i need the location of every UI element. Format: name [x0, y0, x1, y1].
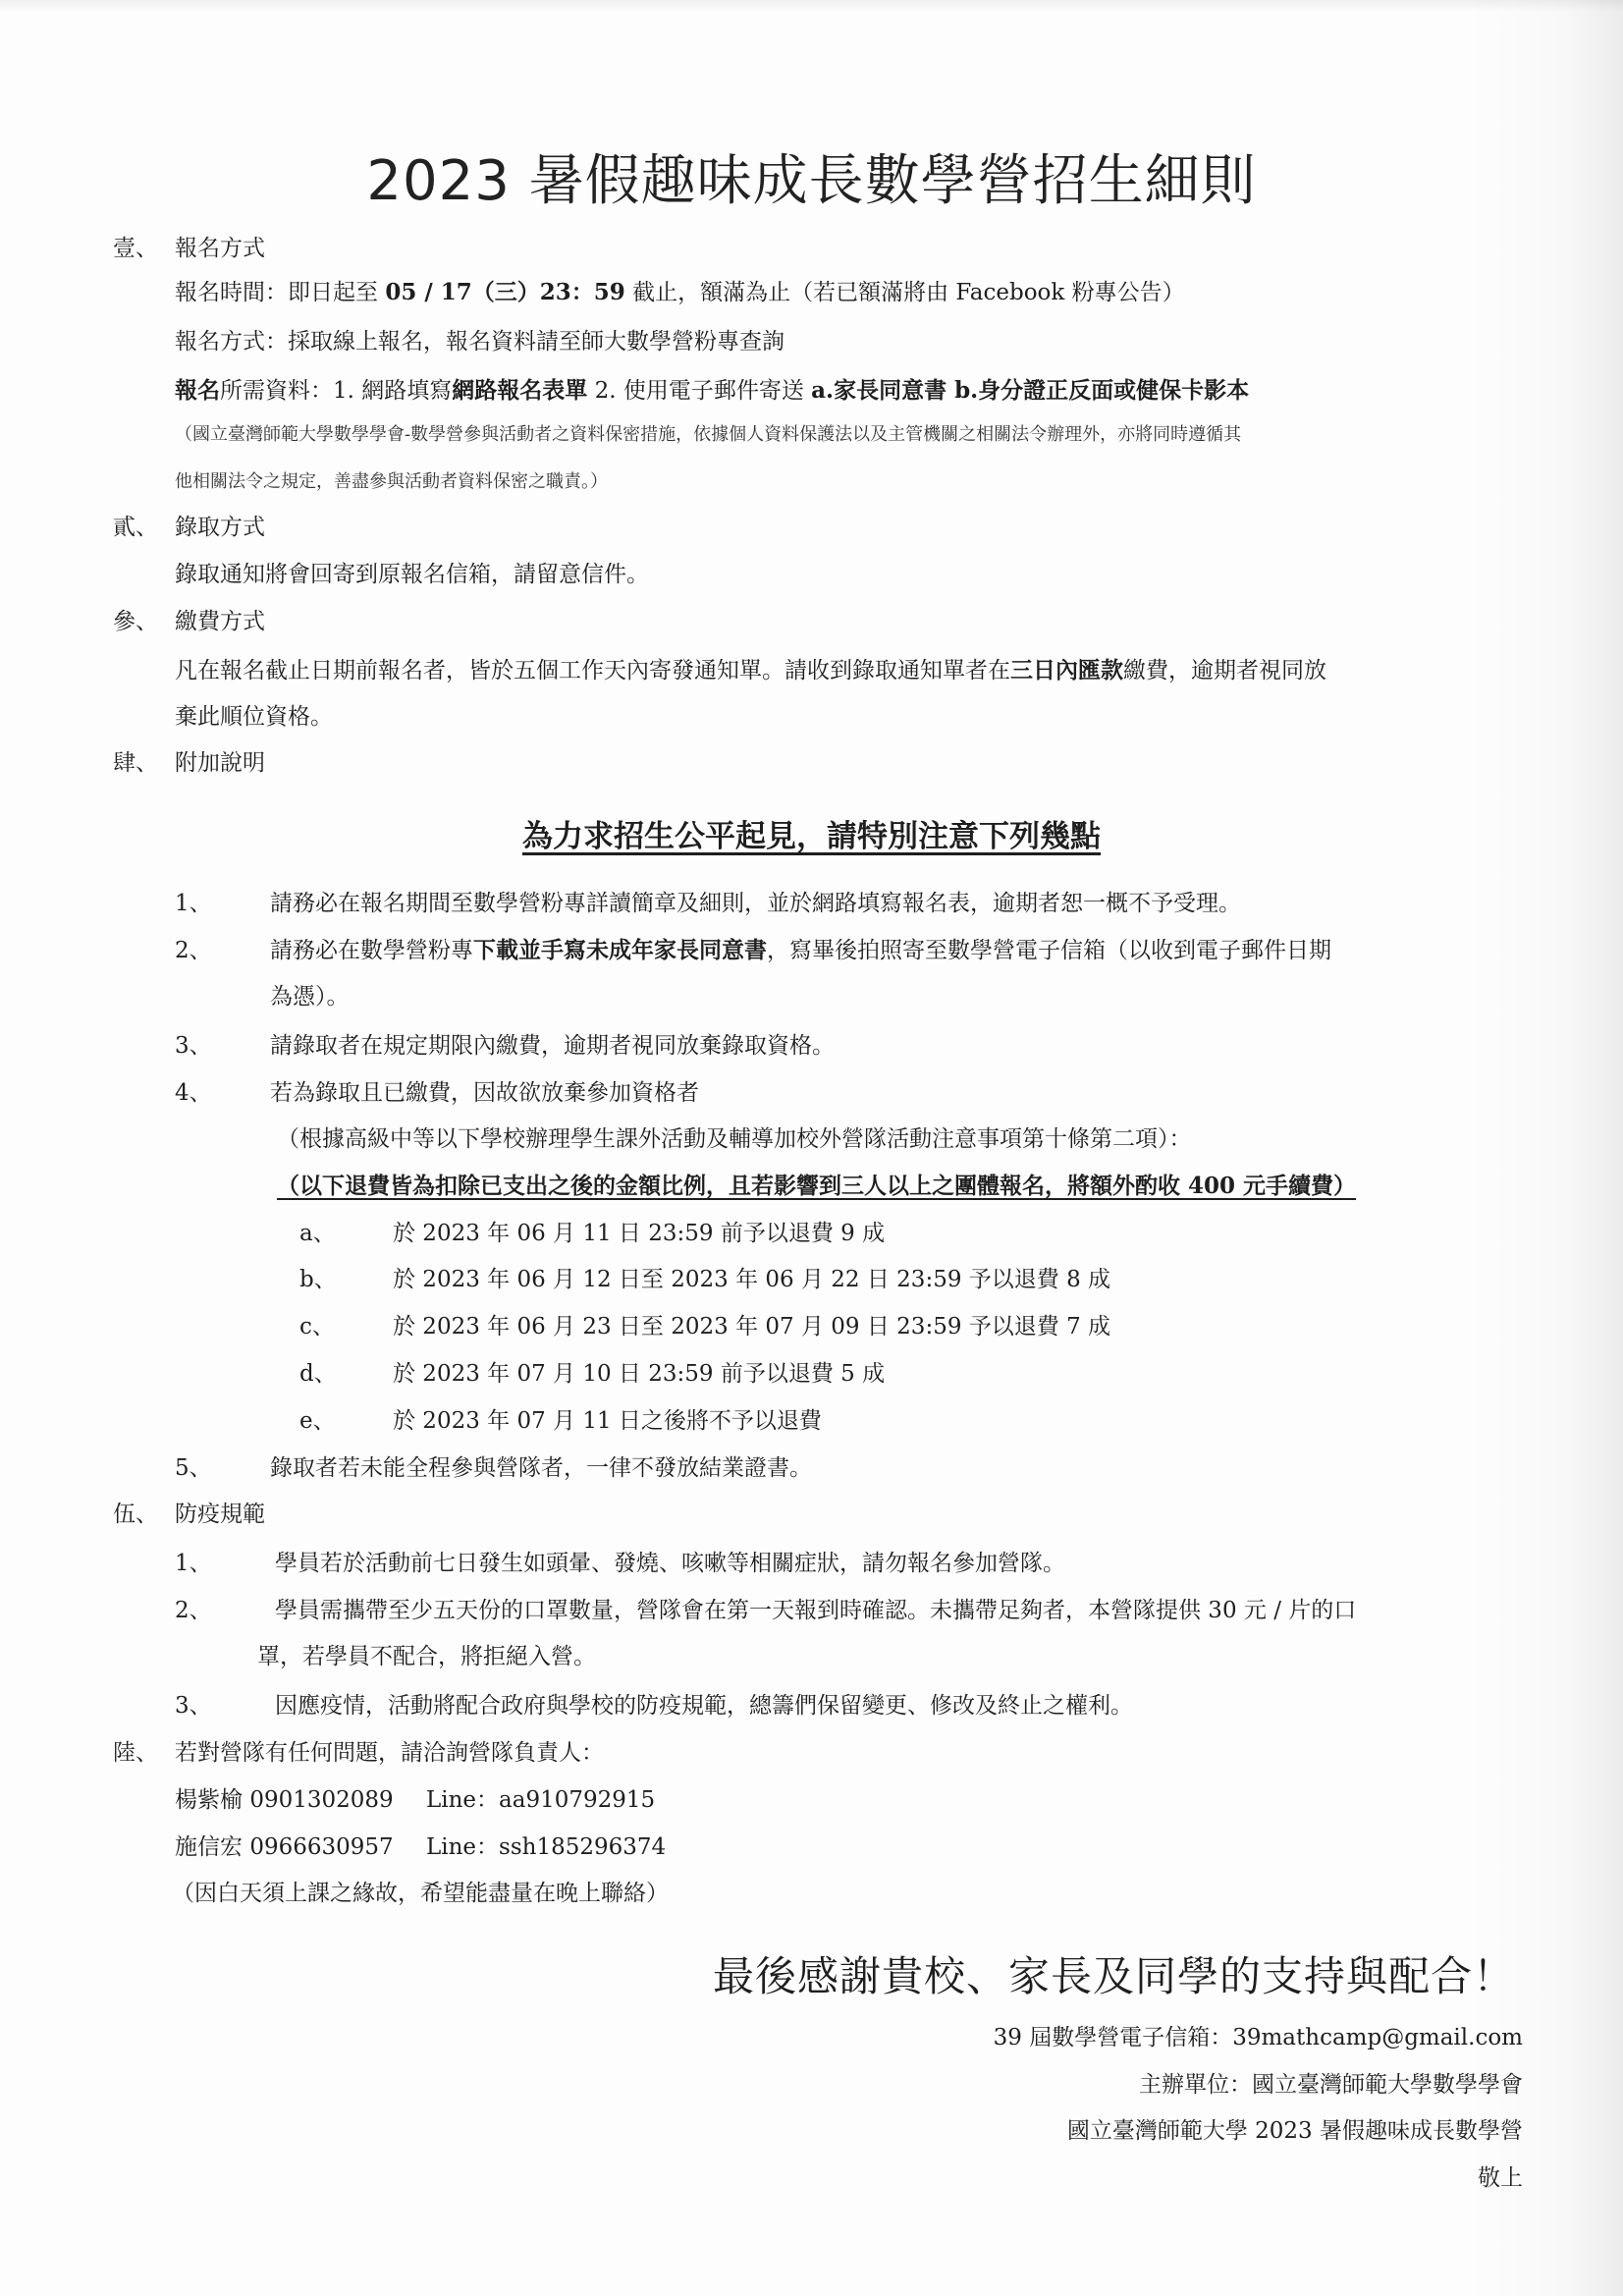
note-4-number: 4、: [175, 1078, 212, 1108]
section-4-number: 肆、: [113, 748, 158, 778]
section-5-heading: 防疫規範: [175, 1500, 265, 1529]
note-2-text-2: ，寫畢後拍照寄至數學營電子信箱（以收到電子郵件日期: [767, 938, 1331, 963]
contact-2: 施信宏 0966630957 Line：ssh185296374: [175, 1832, 666, 1862]
payment-text-2: 繳費，逾期者視同放: [1123, 658, 1326, 683]
section-3-number: 參、: [113, 607, 158, 636]
contact-1-line-id: Line：aa910792915: [426, 1787, 655, 1813]
section-2-heading: 錄取方式: [175, 513, 265, 542]
payment-text-1: 凡在報名截止日期前報名者，皆於五個工作天內寄發通知單。請收到錄取通知單者在: [175, 658, 1010, 683]
prevention-2-number: 2、: [175, 1596, 212, 1625]
regards: 敬上: [1478, 2163, 1523, 2193]
section-3-heading: 繳費方式: [175, 607, 265, 636]
prevention-3-number: 3、: [175, 1691, 212, 1721]
note-1-number: 1、: [175, 889, 212, 918]
payment-line-2: 棄此順位資格。: [175, 702, 333, 732]
refund-e-text: 於 2023 年 07 月 11 日之後將不予以退費: [393, 1406, 822, 1436]
contact-1-phone: 0901302089: [249, 1787, 393, 1813]
req-bold-3: a.家長同意書 b.身分證正反面或健保卡影本: [811, 377, 1249, 404]
prevention-1-text: 學員若於活動前七日發生如頭暈、發燒、咳嗽等相關症狀，請勿報名參加營隊。: [275, 1549, 1065, 1578]
note-5-text: 錄取者若未能全程參與營隊者，一律不發放結業證書。: [270, 1453, 812, 1483]
privacy-note-line-2: 他相關法令之規定，善盡參與活動者資料保密之職責。）: [175, 469, 608, 495]
registration-deadline: 05 / 17（三）23：59: [385, 279, 624, 305]
refund-b-label: b、: [299, 1265, 337, 1294]
admission-notice: 錄取通知將會回寄到原報名信箱，請留意信件。: [175, 560, 649, 589]
registration-time-prefix: 報名時間：即日起至: [175, 280, 385, 305]
note-1-text: 請務必在報名期間至數學營粉專詳讀簡章及細則，並於網路填寫報名表，逾期者恕一概不予…: [270, 889, 1241, 918]
prevention-2-text: 學員需攜帶至少五天份的口罩數量，營隊會在第一天報到時確認。未攜帶足夠者，本營隊提…: [275, 1596, 1356, 1625]
section-5-number: 伍、: [113, 1500, 158, 1529]
refund-d-text: 於 2023 年 07 月 10 日 23:59 前予以退費 5 成: [393, 1359, 885, 1389]
registration-requirements: 報名所需資料：1. 網路填寫網路報名表單 2. 使用電子郵件寄送 a.家長同意書…: [175, 376, 1249, 406]
camp-email: 39 屆數學營電子信箱：39mathcamp@gmail.com: [994, 2023, 1523, 2052]
fairness-notice-heading: 為力求招生公平起見，請特別注意下列幾點: [0, 811, 1623, 855]
contact-note: （因白天須上課之緣故，希望能盡量在晚上聯絡）: [172, 1879, 669, 1908]
prevention-2-continued: 罩，若學員不配合，將拒絕入營。: [257, 1642, 596, 1671]
contact-1-name: 楊紫榆: [175, 1787, 243, 1813]
thanks-message: 最後感謝貴校、家長及同學的支持與配合！: [713, 1944, 1515, 2003]
note-4-text: 若為錄取且已繳費，因故欲放棄參加資格者: [270, 1078, 699, 1108]
refund-basis: （根據高級中等以下學校辦理學生課外活動及輔導加校外營隊活動注意事項第十條第二項）…: [277, 1124, 1192, 1154]
refund-e-label: e、: [299, 1406, 336, 1436]
req-text-2: 2. 使用電子郵件寄送: [587, 378, 811, 404]
refund-c-label: c、: [299, 1312, 335, 1341]
refund-a-text: 於 2023 年 06 月 11 日 23:59 前予以退費 9 成: [393, 1219, 885, 1248]
payment-deadline-bold: 三日內匯款: [1010, 657, 1123, 683]
req-bold-1: 報名: [175, 377, 220, 404]
note-2-number: 2、: [175, 936, 212, 965]
section-1-number: 壹、: [113, 234, 158, 263]
refund-b-text: 於 2023 年 06 月 12 日至 2023 年 06 月 22 日 23:…: [393, 1265, 1110, 1294]
contact-2-line-id: Line：ssh185296374: [426, 1834, 666, 1860]
registration-time: 報名時間：即日起至 05 / 17（三）23：59 截止，額滿為止（若已額滿將由…: [175, 278, 1185, 307]
prevention-3-text: 因應疫情，活動將配合政府與學校的防疫規範，總籌們保留變更、修改及終止之權利。: [275, 1691, 1133, 1721]
registration-time-suffix: 截止，額滿為止（若已額滿將由 Facebook 粉專公告）: [625, 280, 1185, 305]
privacy-note-line-1: （國立臺灣師範大學數學學會-數學營參與活動者之資料保密措施，依據個人資料保護法以…: [175, 422, 1241, 448]
contact-1: 楊紫榆 0901302089 Line：aa910792915: [175, 1785, 655, 1815]
section-6-number: 陸、: [113, 1738, 158, 1768]
note-2-continued: 為憑）。: [270, 982, 350, 1011]
document-title: 2023 暑假趣味成長數學營招生細則: [0, 137, 1623, 216]
note-3-number: 3、: [175, 1031, 212, 1061]
note-2-bold: 下載並手寫未成年家長同意書: [473, 937, 767, 963]
note-2-text-1: 請務必在數學營粉專: [270, 938, 473, 963]
note-5-number: 5、: [175, 1453, 212, 1483]
section-4-heading: 附加說明: [175, 748, 265, 778]
refund-a-label: a、: [299, 1219, 336, 1248]
note-2-text: 請務必在數學營粉專下載並手寫未成年家長同意書，寫畢後拍照寄至數學營電子信箱（以收…: [270, 936, 1331, 965]
refund-rule: （以下退費皆為扣除已支出之後的金額比例，且若影響到三人以上之團體報名，將額外酌收…: [277, 1172, 1356, 1201]
section-1-heading: 報名方式: [175, 234, 265, 263]
req-bold-2: 網路報名表單: [452, 377, 587, 404]
req-text-1: 所需資料：1. 網路填寫: [220, 378, 452, 404]
prevention-1-number: 1、: [175, 1549, 212, 1578]
registration-method: 報名方式：採取線上報名，報名資料請至師大數學營粉專查詢: [175, 327, 784, 356]
contact-2-name: 施信宏: [175, 1834, 243, 1860]
camp-name-signature: 國立臺灣師範大學 2023 暑假趣味成長數學營: [1067, 2116, 1523, 2146]
section-6-heading: 若對營隊有任何問題，請洽詢營隊負責人：: [175, 1738, 604, 1768]
refund-c-text: 於 2023 年 06 月 23 日至 2023 年 07 月 09 日 23:…: [393, 1312, 1110, 1341]
note-3-text: 請錄取者在規定期限內繳費，逾期者視同放棄錄取資格。: [270, 1031, 835, 1061]
payment-line-1: 凡在報名截止日期前報名者，皆於五個工作天內寄發通知單。請收到錄取通知單者在三日內…: [175, 656, 1326, 685]
refund-d-label: d、: [299, 1359, 337, 1389]
organizer: 主辦單位：國立臺灣師範大學數學學會: [1139, 2070, 1523, 2100]
section-2-number: 貳、: [113, 513, 158, 542]
contact-2-phone: 0966630957: [249, 1834, 393, 1860]
